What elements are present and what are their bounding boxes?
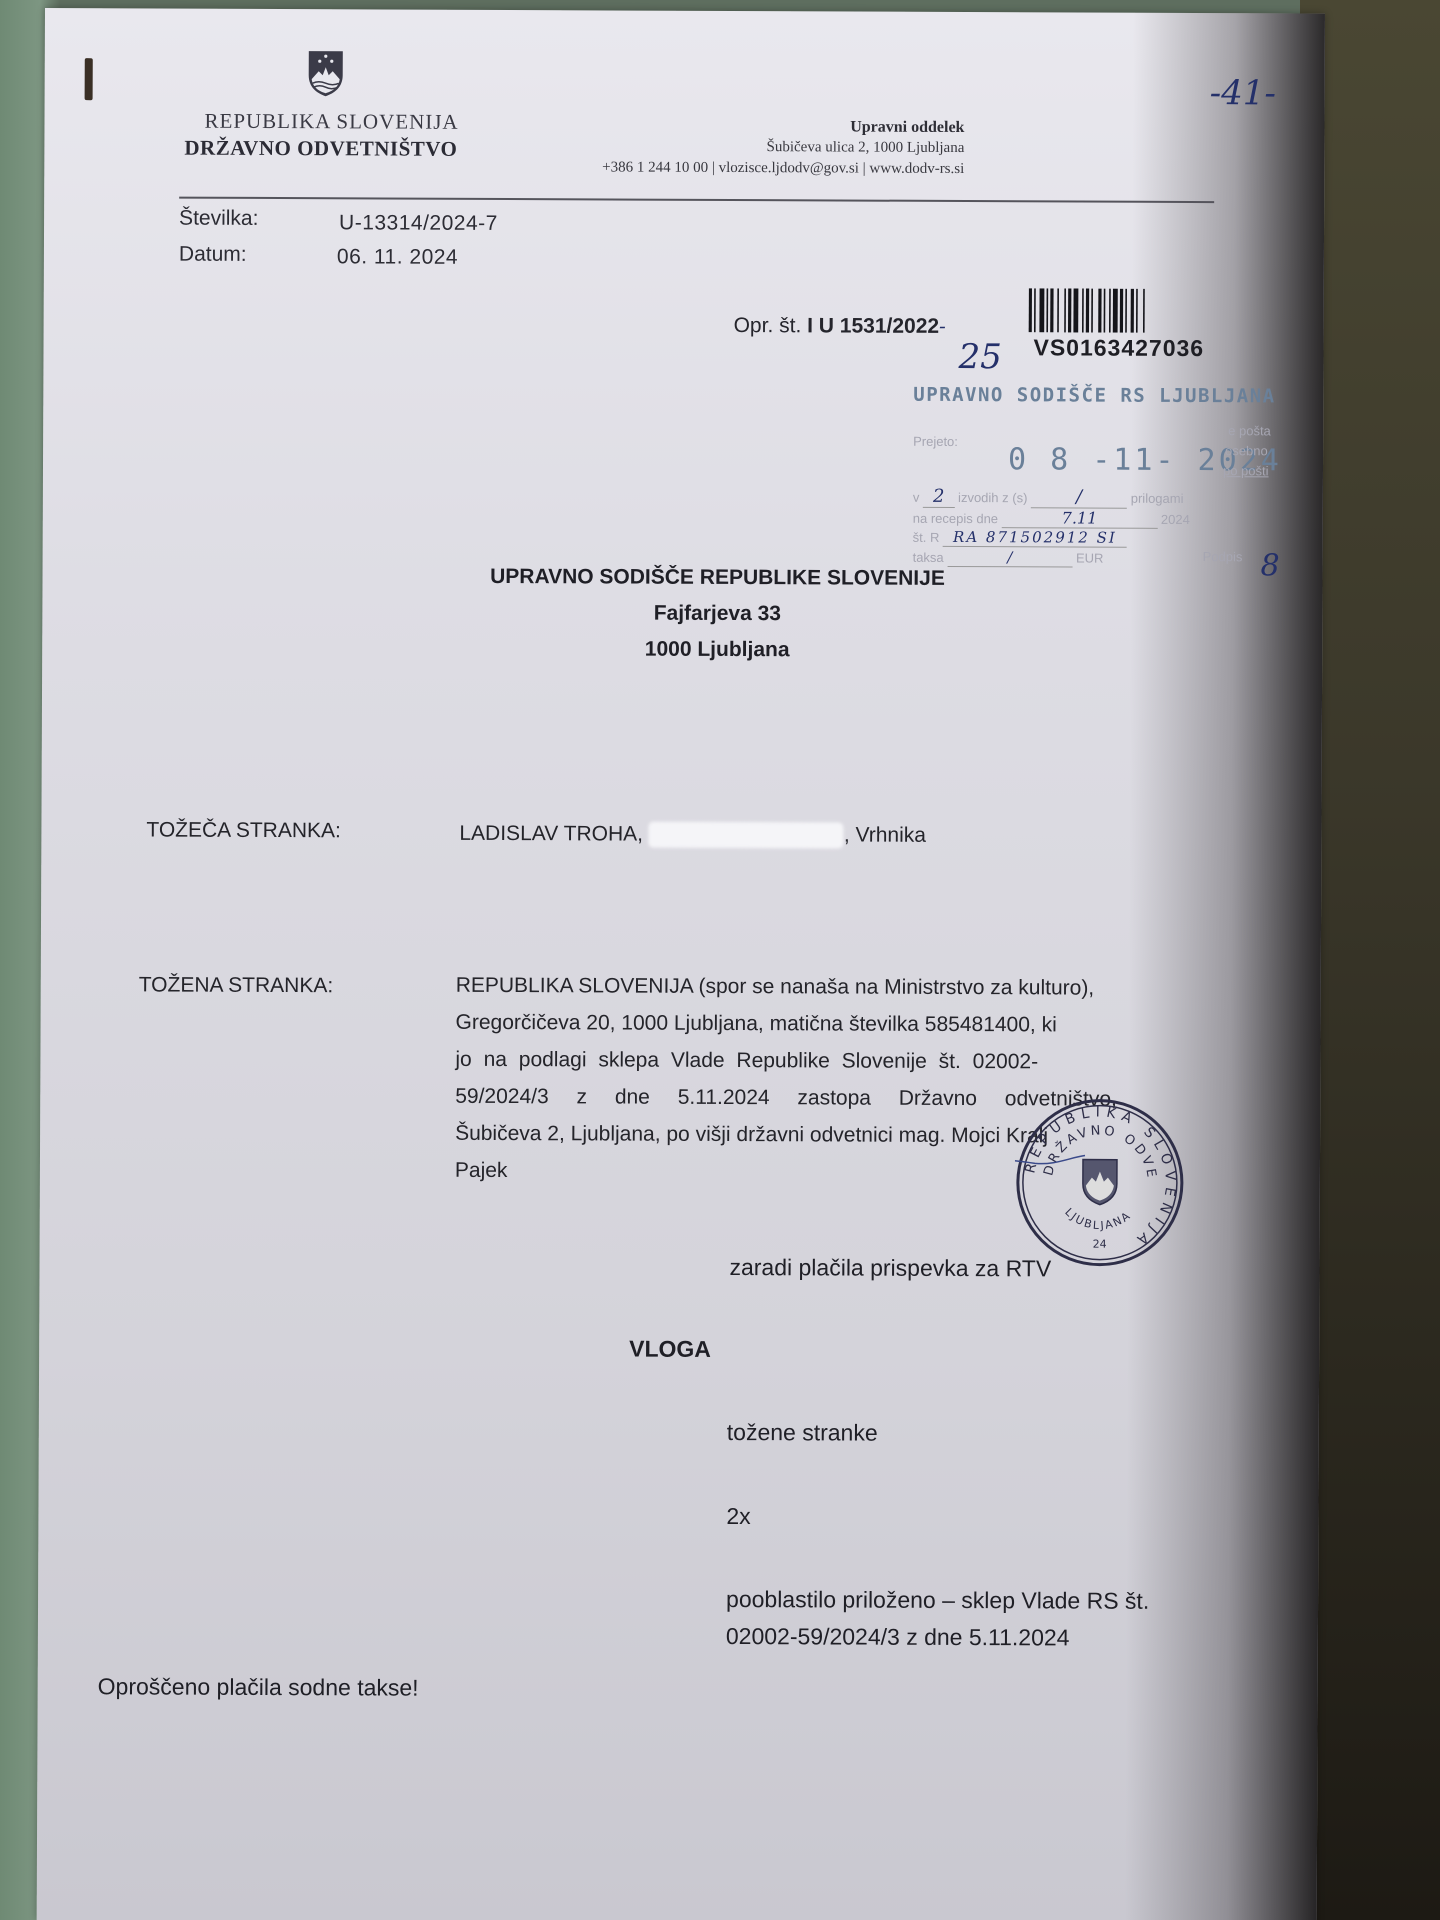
r-number-value: RA 871502912 SI — [943, 528, 1127, 548]
fee-row: taksa / EUR — [913, 548, 1104, 567]
plaintiff-name: LADISLAV TROHA, — [459, 822, 643, 846]
r-number-label: št. R — [913, 530, 940, 545]
addressee-court: UPRAVNO SODIŠČE REPUBLIKE SLOVENIJE — [342, 564, 1092, 591]
slovenia-coat-of-arms-icon — [307, 49, 345, 97]
case-reference-number: I U 1531/2022 — [807, 314, 939, 338]
staple-mark — [85, 58, 93, 100]
barcode-icon — [1029, 288, 1224, 333]
fee-label: taksa — [913, 550, 944, 565]
copies-value: 2 — [923, 486, 955, 508]
received-label: Prejeto: — [913, 434, 958, 449]
attachment-note-line1: pooblastilo priloženo – sklep Vlade RS š… — [726, 1586, 1149, 1615]
registered-label: na recepis dne — [913, 511, 998, 526]
handwritten-signature-mark: 8 — [1261, 548, 1280, 583]
copies-label: izvodih z (s) — [958, 490, 1027, 505]
handwritten-page-number: -41- — [1210, 73, 1276, 113]
defendant-line: Gregorčičeva 20, 1000 Ljubljana, matična… — [455, 1004, 1250, 1044]
fee-exemption-note: Oproščeno plačila sodne takse! — [98, 1673, 419, 1701]
institution-contact: +386 1 244 10 00 | vlozisce.ljdodv@gov.s… — [602, 159, 964, 178]
email-label: e pošta — [1228, 423, 1271, 438]
case-reference-prefix: Opr. št. — [734, 314, 802, 337]
date-value: 06. 11. 2024 — [337, 245, 458, 270]
registered-value: 7.11 — [1002, 508, 1158, 529]
defendant-line: jo na podlagi sklepa Vlade Republike Slo… — [455, 1041, 1250, 1081]
official-seal-icon: REPUBLIKA SLOVENIJA DRŽAVNO ODVETNIŠTVO … — [1015, 1097, 1186, 1268]
svg-text:LJUBLJANA: LJUBLJANA — [1062, 1206, 1134, 1233]
barcode-number: VS0163427036 — [1033, 334, 1204, 362]
copies-count: 2x — [726, 1503, 750, 1530]
defendant-label: TOŽENA STRANKA: — [139, 973, 334, 998]
date-label: Datum: — [179, 243, 247, 267]
redacted-address — [649, 822, 844, 849]
header-divider — [179, 197, 1214, 204]
copies-row: v 2 izvodih z (s) / prilogami — [913, 486, 1184, 508]
document-page: REPUBLIKA SLOVENIJA DRŽAVNO ODVETNIŠTVO … — [37, 8, 1325, 1920]
document-type-title: VLOGA — [629, 1336, 711, 1363]
department-name: Upravni oddelek — [850, 119, 964, 137]
fee-unit: EUR — [1076, 551, 1104, 566]
addressee-city: 1000 Ljubljana — [342, 636, 1092, 663]
r-number-row: št. R RA 871502912 SI — [913, 528, 1127, 547]
case-reference-dash: - — [939, 314, 946, 338]
fee-value: / — [947, 548, 1072, 568]
number-value: U-13314/2024-7 — [339, 211, 498, 236]
case-reference: Opr. št. I U 1531/2022- — [734, 313, 946, 339]
court-receipt-stamp-title: UPRAVNO SODIŠČE RS LJUBLJANA — [913, 384, 1275, 408]
plaintiff-label: TOŽEČA STRANKA: — [146, 818, 341, 843]
plaintiff-city: , Vrhnika — [844, 823, 926, 846]
copies-prefix: v — [913, 490, 920, 505]
filing-party: tožene stranke — [727, 1419, 878, 1447]
signature-label: Podpis — [1203, 549, 1243, 564]
attachment-note-line2: 02002-59/2024/3 z dne 5.11.2024 — [726, 1623, 1070, 1651]
addressee-street: Fajfarjeva 33 — [342, 600, 1092, 627]
institution-address: Šubičeva ulica 2, 1000 Ljubljana — [766, 139, 964, 157]
number-label: Številka: — [179, 207, 258, 231]
defendant-line: REPUBLIKA SLOVENIJA (spor se nanaša na M… — [456, 967, 1251, 1007]
registered-row: na recepis dne 7.11 2024 — [913, 508, 1190, 528]
attachments-label: prilogami — [1131, 491, 1184, 506]
subject-line: zaradi plačila prispevka za RTV — [729, 1254, 1051, 1282]
attachments-value: / — [1031, 486, 1127, 508]
handwritten-case-suffix: 25 — [958, 337, 1001, 377]
plaintiff-details: LADISLAV TROHA, , Vrhnika — [459, 815, 926, 854]
institution-name: DRŽAVNO ODVETNIŠTVO — [184, 136, 457, 162]
country-name: REPUBLIKA SLOVENIJA — [204, 109, 458, 135]
by-post-label: po pošti — [1223, 463, 1269, 478]
svg-text:24: 24 — [1093, 1238, 1107, 1251]
personally-label: osebno — [1225, 443, 1268, 458]
registered-year: 2024 — [1161, 512, 1190, 527]
